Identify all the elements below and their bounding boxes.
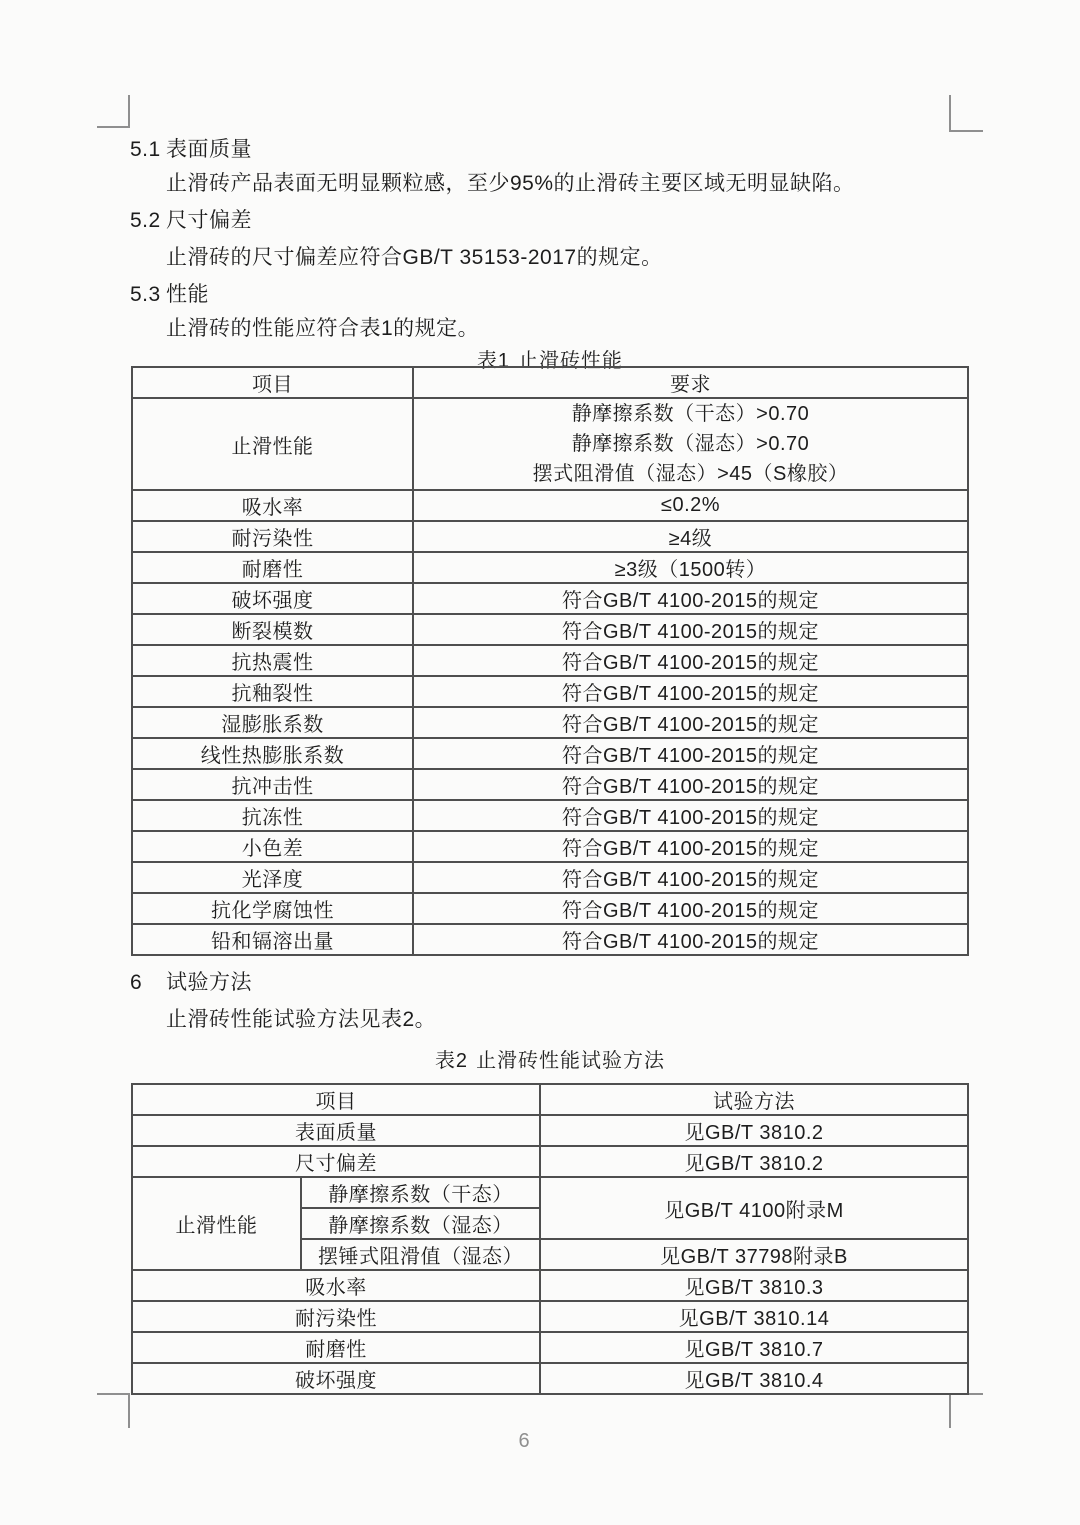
table2-row: 破坏强度 见GB/T 3810.4 xyxy=(132,1363,968,1394)
table2-method-cell: 见GB/T 3810.2 xyxy=(540,1115,968,1146)
table1-requirement-cell: ≥3级（1500转） xyxy=(413,552,968,583)
table1-item-cell: 耐磨性 xyxy=(132,552,413,583)
section-heading-5-1: 5.1表面质量 xyxy=(130,133,252,163)
table1-item-cell: 铅和镉溶出量 xyxy=(132,924,413,955)
crop-mark-bottom-left xyxy=(97,1393,130,1428)
table2-method-cell: 见GB/T 3810.7 xyxy=(540,1332,968,1363)
table2-row: 耐磨性 见GB/T 3810.7 xyxy=(132,1332,968,1363)
crop-mark-top-left xyxy=(97,95,130,128)
table1-row: 铅和镉溶出量符合GB/T 4100-2015的规定 xyxy=(132,924,968,955)
table1-row: 光泽度符合GB/T 4100-2015的规定 xyxy=(132,862,968,893)
table1-header-item: 项目 xyxy=(132,367,413,398)
table1-row: 抗冲击性符合GB/T 4100-2015的规定 xyxy=(132,769,968,800)
table1-row: 小色差符合GB/T 4100-2015的规定 xyxy=(132,831,968,862)
table2-subitem-cell: 摆锤式阻滑值（湿态） xyxy=(301,1239,540,1270)
section-number: 6 xyxy=(130,971,166,995)
table1-requirement-cell: 符合GB/T 4100-2015的规定 xyxy=(413,707,968,738)
table2-row: 尺寸偏差 见GB/T 3810.2 xyxy=(132,1146,968,1177)
table1-performance-requirements: 项目 要求 止滑性能 静摩擦系数（干态）>0.70 静摩擦系数（湿态）>0.70… xyxy=(131,366,969,956)
paragraph-dimension-deviation: 止滑砖的尺寸偏差应符合GB/T 35153-2017的规定。 xyxy=(166,241,663,271)
table1-item-cell: 吸水率 xyxy=(132,490,413,521)
table2-row: 止滑性能 静摩擦系数（干态） 见GB/T 4100附录M xyxy=(132,1177,968,1208)
section-title: 尺寸偏差 xyxy=(166,209,252,232)
table2-method-cell: 见GB/T 3810.14 xyxy=(540,1301,968,1332)
table2-item-cell: 表面质量 xyxy=(132,1115,540,1146)
table1-requirement-cell: ≤0.2% xyxy=(413,490,968,521)
table2-row: 吸水率 见GB/T 3810.3 xyxy=(132,1270,968,1301)
table1-requirement-cell: 静摩擦系数（干态）>0.70 静摩擦系数（湿态）>0.70 摆式阻滑值（湿态）>… xyxy=(413,398,968,490)
table1-item-cell: 断裂模数 xyxy=(132,614,413,645)
table1-item-cell: 光泽度 xyxy=(132,862,413,893)
table1-requirement-cell: 符合GB/T 4100-2015的规定 xyxy=(413,862,968,893)
table1-item-cell: 抗热震性 xyxy=(132,645,413,676)
table2-subitem-cell: 静摩擦系数（干态） xyxy=(301,1177,540,1208)
slip-requirement-line: 摆式阻滑值（湿态）>45（S橡胶） xyxy=(414,459,967,489)
table1-row: 耐磨性≥3级（1500转） xyxy=(132,552,968,583)
table1-item-cell: 湿膨胀系数 xyxy=(132,707,413,738)
table2-item-cell: 吸水率 xyxy=(132,1270,540,1301)
table1-requirement-cell: 符合GB/T 4100-2015的规定 xyxy=(413,583,968,614)
table2-caption: 表2止滑砖性能试验方法 xyxy=(131,1044,969,1073)
table1-row: 断裂模数符合GB/T 4100-2015的规定 xyxy=(132,614,968,645)
page-number: 6 xyxy=(131,1430,917,1453)
table1-row: 破坏强度符合GB/T 4100-2015的规定 xyxy=(132,583,968,614)
crop-mark-top-right xyxy=(949,95,983,132)
table2-item-cell: 尺寸偏差 xyxy=(132,1146,540,1177)
table1-item-cell: 抗釉裂性 xyxy=(132,676,413,707)
table1-requirement-cell: 符合GB/T 4100-2015的规定 xyxy=(413,769,968,800)
table1-item-cell: 抗冲击性 xyxy=(132,769,413,800)
table1-requirement-cell: 符合GB/T 4100-2015的规定 xyxy=(413,676,968,707)
table1-row: 抗化学腐蚀性符合GB/T 4100-2015的规定 xyxy=(132,893,968,924)
table1-requirement-cell: 符合GB/T 4100-2015的规定 xyxy=(413,738,968,769)
table2-item-cell: 耐磨性 xyxy=(132,1332,540,1363)
table1-item-cell: 破坏强度 xyxy=(132,583,413,614)
paragraph-performance: 止滑砖的性能应符合表1的规定。 xyxy=(166,312,479,342)
table1-row: 线性热膨胀系数符合GB/T 4100-2015的规定 xyxy=(132,738,968,769)
table1-item-cell: 线性热膨胀系数 xyxy=(132,738,413,769)
table2-item-cell: 破坏强度 xyxy=(132,1363,540,1394)
section-heading-5-3: 5.3性能 xyxy=(130,278,209,308)
table2-header-method: 试验方法 xyxy=(540,1084,968,1115)
table1-row: 湿膨胀系数符合GB/T 4100-2015的规定 xyxy=(132,707,968,738)
section-heading-5-2: 5.2尺寸偏差 xyxy=(130,204,252,234)
table1-item-cell: 抗冻性 xyxy=(132,800,413,831)
paragraph-test-methods: 止滑砖性能试验方法见表2。 xyxy=(166,1003,436,1033)
table2-subitem-cell: 静摩擦系数（湿态） xyxy=(301,1208,540,1239)
table2-slip-group-cell: 止滑性能 xyxy=(132,1177,301,1270)
paragraph-surface-quality: 止滑砖产品表面无明显颗粒感，至少95%的止滑砖主要区域无明显缺陷。 xyxy=(166,167,855,197)
slip-requirement-line: 静摩擦系数（湿态）>0.70 xyxy=(414,429,967,459)
slip-requirement-line: 静摩擦系数（干态）>0.70 xyxy=(414,399,967,429)
section-title: 试验方法 xyxy=(166,971,252,994)
table1-row: 耐污染性≥4级 xyxy=(132,521,968,552)
table2-header-item: 项目 xyxy=(132,1084,540,1115)
section-title: 表面质量 xyxy=(166,138,252,161)
section-heading-6: 6试验方法 xyxy=(130,966,252,996)
table2-row: 表面质量 见GB/T 3810.2 xyxy=(132,1115,968,1146)
table2-caption-title: 止滑砖性能试验方法 xyxy=(476,1050,665,1072)
table1-row: 抗釉裂性符合GB/T 4100-2015的规定 xyxy=(132,676,968,707)
table1-requirement-cell: ≥4级 xyxy=(413,521,968,552)
table2-method-cell: 见GB/T 3810.3 xyxy=(540,1270,968,1301)
table2-caption-number: 表2 xyxy=(435,1050,468,1072)
table1-requirement-cell: 符合GB/T 4100-2015的规定 xyxy=(413,614,968,645)
section-number: 5.1 xyxy=(130,138,166,162)
section-number: 5.3 xyxy=(130,283,166,307)
table1-requirement-cell: 符合GB/T 4100-2015的规定 xyxy=(413,645,968,676)
table1-requirement-cell: 符合GB/T 4100-2015的规定 xyxy=(413,924,968,955)
table1-requirement-cell: 符合GB/T 4100-2015的规定 xyxy=(413,800,968,831)
table1-item-cell: 耐污染性 xyxy=(132,521,413,552)
table1-row: 抗冻性符合GB/T 4100-2015的规定 xyxy=(132,800,968,831)
section-title: 性能 xyxy=(166,283,209,306)
table2-method-cell: 见GB/T 37798附录B xyxy=(540,1239,968,1270)
table1-row: 抗热震性符合GB/T 4100-2015的规定 xyxy=(132,645,968,676)
table1-header-requirement: 要求 xyxy=(413,367,968,398)
table2-item-cell: 耐污染性 xyxy=(132,1301,540,1332)
table1-item-cell: 止滑性能 xyxy=(132,398,413,490)
table1-requirement-cell: 符合GB/T 4100-2015的规定 xyxy=(413,831,968,862)
table1-row: 吸水率≤0.2% xyxy=(132,490,968,521)
table2-method-cell: 见GB/T 3810.2 xyxy=(540,1146,968,1177)
table2-method-cell: 见GB/T 4100附录M xyxy=(540,1177,968,1239)
table2-method-cell: 见GB/T 3810.4 xyxy=(540,1363,968,1394)
crop-mark-bottom-right xyxy=(949,1393,983,1428)
table2-row: 耐污染性 见GB/T 3810.14 xyxy=(132,1301,968,1332)
section-number: 5.2 xyxy=(130,209,166,233)
table2-test-methods: 项目 试验方法 表面质量 见GB/T 3810.2 尺寸偏差 见GB/T 381… xyxy=(131,1083,969,1395)
table1-item-cell: 小色差 xyxy=(132,831,413,862)
table1-item-cell: 抗化学腐蚀性 xyxy=(132,893,413,924)
table1-requirement-cell: 符合GB/T 4100-2015的规定 xyxy=(413,893,968,924)
